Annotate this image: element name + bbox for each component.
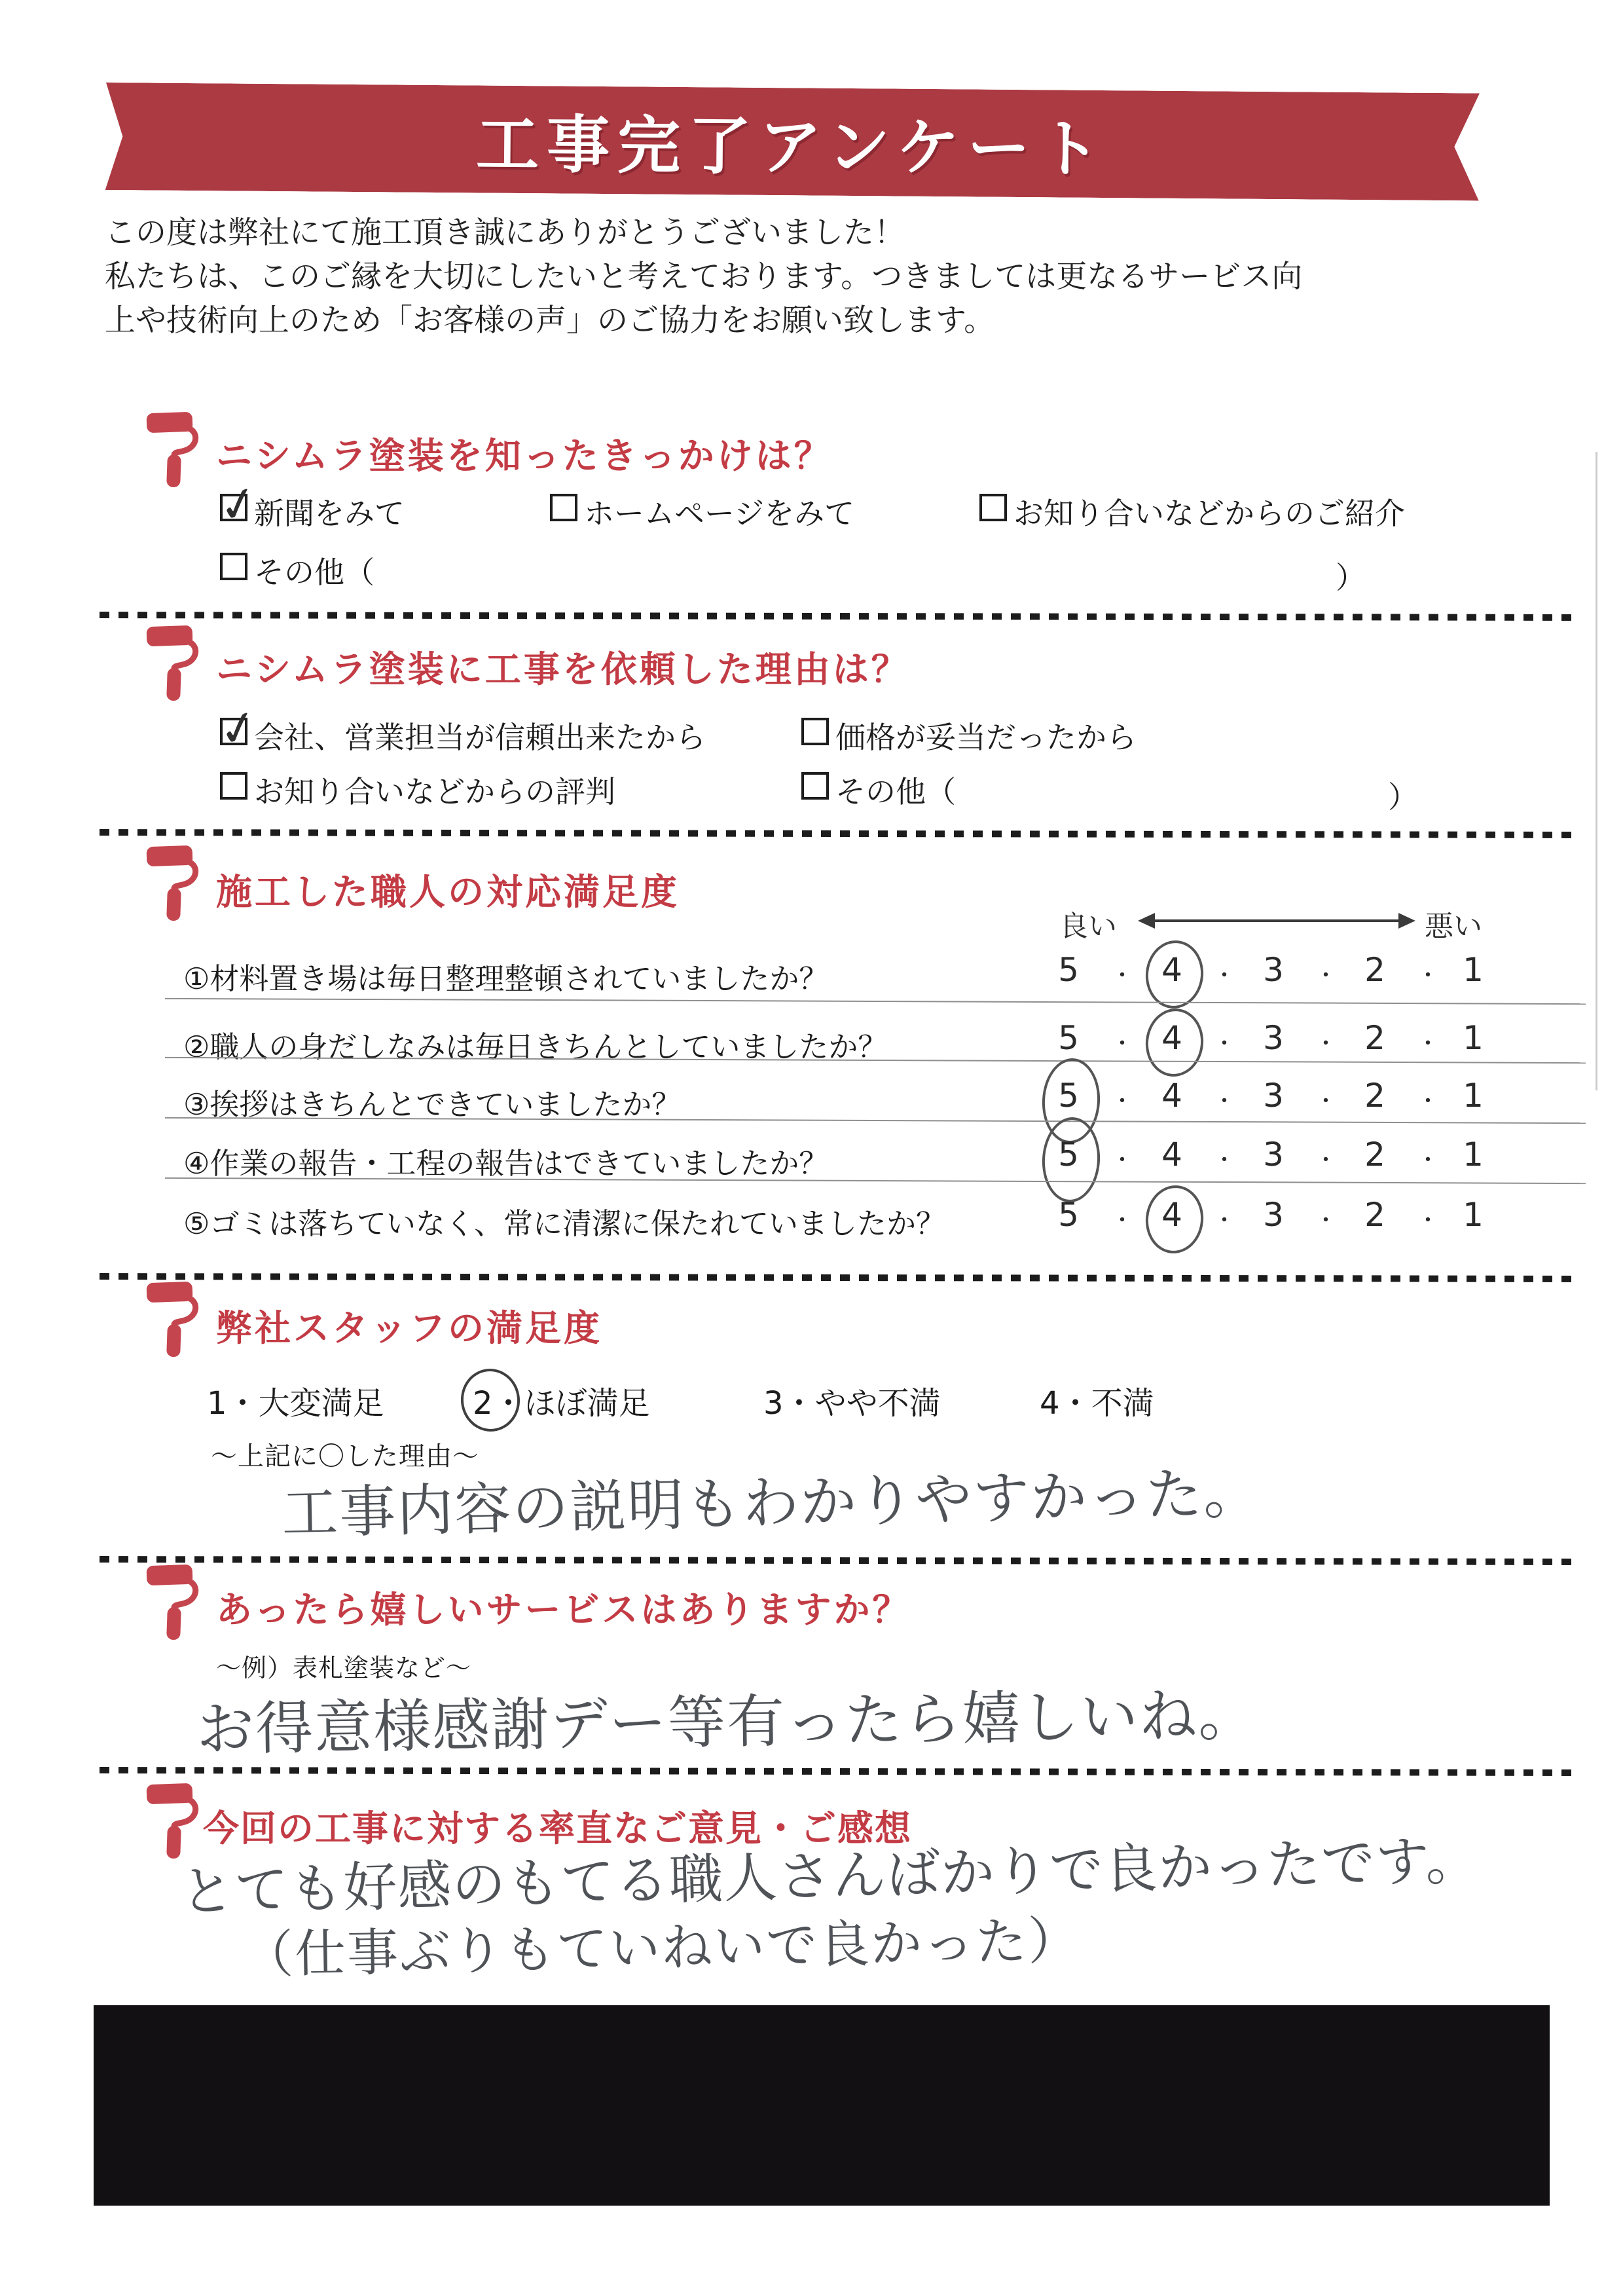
option-dot: ・ <box>1060 1385 1091 1422</box>
scale-dot: ・ <box>1417 1083 1436 1115</box>
q5-example-label: ～例）表札塗装など～ <box>216 1648 471 1684</box>
rating-row-3: ③挨拶はきちんとできていましたか？ 5 ・ 4 ・ 3 ・ 2 ・ 1 <box>0 1077 1623 1124</box>
intro-line: 上や技術向上のため「お客様の声」のご協力をお願い致します。 <box>105 299 1571 343</box>
option-label: その他（ <box>254 549 374 592</box>
paint-roller-icon <box>145 1564 203 1642</box>
rating-question: ①材料置き場は毎日整理整頓されていましたか？ <box>183 955 828 997</box>
paint-roller-icon <box>145 845 203 923</box>
option-label: その他（ <box>835 768 956 811</box>
redaction-bar <box>94 2005 1550 2206</box>
dashed-divider <box>100 612 1580 621</box>
question3-title: 施工した職人の対応満足度 <box>216 863 680 915</box>
option-dot: ・ <box>784 1385 815 1422</box>
scale-dot: ・ <box>1417 1202 1436 1234</box>
rating-value-5[interactable]: 5 <box>1053 1019 1084 1057</box>
scale-dot: ・ <box>1213 1083 1233 1115</box>
intro-line: 私たちは、このご縁を大切にしたいと考えております。つきましては更なるサービス向 <box>105 255 1571 299</box>
checkbox[interactable] <box>220 718 247 745</box>
dashed-divider <box>100 829 1580 838</box>
scale-bad-label: 悪い <box>1425 902 1482 944</box>
q2-option-trust[interactable]: 会社、営業担当が信頼出来たから <box>220 714 706 757</box>
option-label: ほぼ満足 <box>524 1385 650 1422</box>
rating-question: ④作業の報告・工程の報告はできていましたか？ <box>183 1139 828 1182</box>
scale-dot: ・ <box>1417 1026 1436 1058</box>
dashed-divider <box>100 1273 1580 1282</box>
scale-dot: ・ <box>1315 1142 1334 1174</box>
q4-option-2[interactable]: 2・ほぼ満足 <box>473 1378 650 1423</box>
q2-option-price[interactable]: 価格が妥当だったから <box>801 714 1137 757</box>
q1-option-other[interactable]: その他（ <box>220 549 374 592</box>
selection-circle <box>1142 1183 1207 1257</box>
rating-value-3[interactable]: 3 <box>1258 1136 1289 1174</box>
scale-dot: ・ <box>1315 1202 1334 1234</box>
rating-value-2[interactable]: 2 <box>1359 1019 1391 1057</box>
option-label: ホームページをみて <box>584 490 854 533</box>
question5-title: あったら嬉しいサービスはありますか？ <box>216 1581 911 1633</box>
option-label: お知り合いなどからの評判 <box>254 768 615 811</box>
q4-option-4[interactable]: 4・不満 <box>1040 1378 1154 1423</box>
option-value: 1 <box>207 1385 227 1422</box>
rating-value-1[interactable]: 1 <box>1457 1136 1489 1174</box>
option-dot: ・ <box>227 1385 259 1422</box>
scale-dot: ・ <box>1111 957 1131 990</box>
q2-option-other[interactable]: その他（ <box>801 768 956 811</box>
rating-value-3[interactable]: 3 <box>1258 951 1289 989</box>
scale-dot: ・ <box>1111 1083 1131 1115</box>
rating-value-4[interactable]: 4 <box>1156 1077 1188 1115</box>
option-label: 大変満足 <box>259 1385 384 1422</box>
question1-title: ニシムラ塗装を知ったきっかけは？ <box>216 427 833 479</box>
option-label: 会社、営業担当が信頼出来たから <box>254 714 706 757</box>
q4-option-3[interactable]: 3・やや不満 <box>763 1378 941 1423</box>
scale-dot: ・ <box>1315 957 1334 990</box>
rating-value-1[interactable]: 1 <box>1457 951 1489 989</box>
rating-value-3[interactable]: 3 <box>1258 1019 1289 1057</box>
checkbox[interactable] <box>801 772 829 800</box>
good-bad-arrow <box>1137 906 1417 935</box>
question2-title: ニシムラ塗装に工事を依頼した理由は？ <box>216 640 910 692</box>
selection-circle <box>458 1366 523 1435</box>
scale-dot: ・ <box>1111 1026 1131 1058</box>
rating-value-1[interactable]: 1 <box>1457 1077 1489 1115</box>
checkbox[interactable] <box>979 494 1007 521</box>
option-value: 4 <box>1040 1385 1060 1422</box>
scale-dot: ・ <box>1111 1202 1131 1234</box>
paint-roller-icon <box>145 625 203 703</box>
rating-value-2[interactable]: 2 <box>1359 1196 1391 1234</box>
question4-title: 弊社スタッフの満足度 <box>216 1299 602 1351</box>
checkbox[interactable] <box>220 553 247 580</box>
option-label: 新聞をみて <box>254 490 405 533</box>
rating-value-1[interactable]: 1 <box>1457 1196 1489 1234</box>
q6-handwritten-line2[interactable]: （仕事ぶりもていねいで良かった） <box>242 1900 1081 1988</box>
selection-circle <box>1142 938 1207 1012</box>
rating-row-5: ⑤ゴミは落ちていなく、常に清潔に保たれていましたか？ 5 ・ 4 ・ 3 ・ 2… <box>0 1196 1623 1243</box>
option-value: 3 <box>763 1385 784 1422</box>
rating-value-5[interactable]: 5 <box>1053 951 1084 989</box>
rating-value-2[interactable]: 2 <box>1359 1077 1391 1115</box>
rating-question: ③挨拶はきちんとできていましたか？ <box>183 1081 681 1123</box>
checkbox[interactable] <box>801 718 829 745</box>
q5-handwritten-answer[interactable]: お得意様感謝デー等有ったら嬉しいね。 <box>196 1669 1258 1767</box>
q4-option-1[interactable]: 1・大変満足 <box>207 1378 384 1423</box>
scale-dot: ・ <box>1417 1142 1436 1174</box>
paint-roller-icon <box>145 1281 203 1360</box>
title-ribbon: 工事完了アンケート <box>105 83 1480 200</box>
option-label: お知り合いなどからのご紹介 <box>1013 490 1405 533</box>
scale-dot: ・ <box>1213 1142 1233 1174</box>
dashed-divider <box>100 1767 1580 1776</box>
option-label: 価格が妥当だったから <box>835 714 1137 757</box>
q2-option-reputation[interactable]: お知り合いなどからの評判 <box>220 768 615 811</box>
option-label: 不満 <box>1091 1385 1154 1422</box>
intro-line: この度は弊社にて施工頂き誠にありがとうございました！ <box>105 211 1571 255</box>
q1-option-homepage[interactable]: ホームページをみて <box>550 490 854 533</box>
rating-value-3[interactable]: 3 <box>1258 1196 1289 1234</box>
scale-dot: ・ <box>1315 1026 1334 1058</box>
checkbox[interactable] <box>220 494 247 521</box>
intro-paragraph: この度は弊社にて施工頂き誠にありがとうございました！ 私たちは、このご縁を大切に… <box>105 211 1571 343</box>
scale-dot: ・ <box>1417 957 1436 990</box>
scale-dot: ・ <box>1213 957 1233 990</box>
rating-question: ⑤ゴミは落ちていなく、常に清潔に保たれていましたか？ <box>183 1200 945 1242</box>
rating-value-1[interactable]: 1 <box>1457 1019 1489 1057</box>
q1-close-paren: ） <box>1336 554 1366 597</box>
scan-artifact-line <box>1596 452 1597 1090</box>
row-divider <box>165 998 1586 1005</box>
scale-dot: ・ <box>1213 1026 1233 1058</box>
rating-value-4[interactable]: 4 <box>1156 1136 1188 1174</box>
page-title: 工事完了アンケート <box>476 94 1109 189</box>
option-label: やや不満 <box>815 1385 941 1422</box>
scale-good-label: 良い <box>1059 902 1117 944</box>
rating-value-2[interactable]: 2 <box>1359 951 1391 989</box>
q2-close-paren: ） <box>1388 773 1418 817</box>
q1-option-referral[interactable]: お知り合いなどからのご紹介 <box>979 490 1405 533</box>
rating-row-1: ①材料置き場は毎日整理整頓されていましたか？ 5 ・ 4 ・ 3 ・ 2 ・ 1 <box>0 951 1623 998</box>
paint-roller-icon <box>145 411 203 490</box>
checkbox[interactable] <box>220 772 247 800</box>
scale-dot: ・ <box>1315 1083 1334 1115</box>
selection-circle <box>1142 1006 1207 1080</box>
q1-option-newspaper[interactable]: 新聞をみて <box>220 490 405 533</box>
rating-row-4: ④作業の報告・工程の報告はできていましたか？ 5 ・ 4 ・ 3 ・ 2 ・ 1 <box>0 1136 1623 1183</box>
checkbox[interactable] <box>550 494 577 521</box>
scale-dot: ・ <box>1111 1142 1131 1174</box>
dashed-divider <box>100 1556 1580 1565</box>
scale-dot: ・ <box>1213 1202 1233 1234</box>
rating-value-2[interactable]: 2 <box>1359 1136 1391 1174</box>
rating-value-3[interactable]: 3 <box>1258 1077 1289 1115</box>
rating-value-5[interactable]: 5 <box>1053 1196 1084 1234</box>
